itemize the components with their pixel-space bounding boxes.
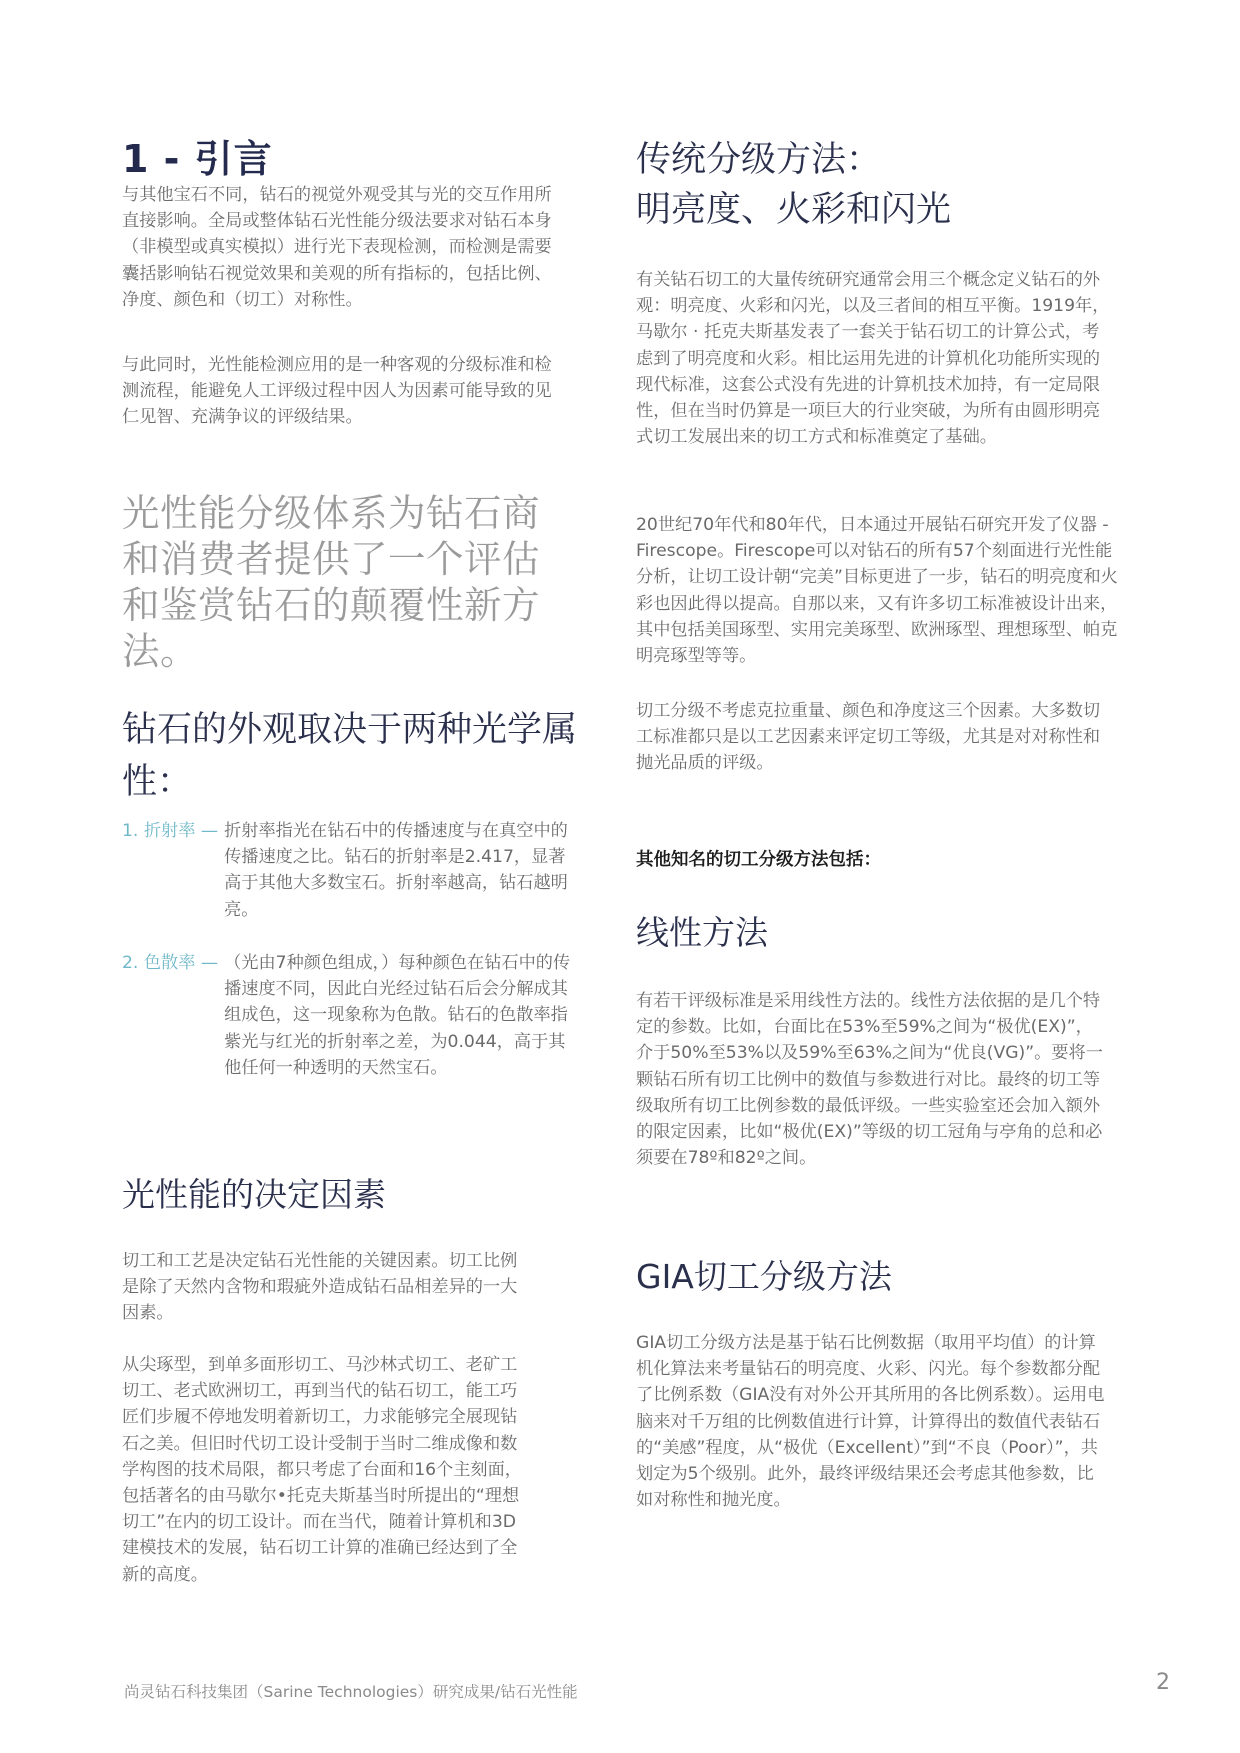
factors-paragraph-1: 切工和工艺是决定钻石光性能的关键因素。切工比例是除了天然内含物和瑕疵外造成钻石品…	[122, 1248, 522, 1327]
page-number: 2	[1156, 1670, 1170, 1695]
optics-item-refraction: 1. 折射率 — 折射率指光在钻石中的传播速度与在真空中的传播速度之比。钻石的折…	[122, 818, 577, 923]
linear-method-paragraph: 有若干评级标准是采用线性方法的。线性方法依据的是几个特定的参数。比如，台面比在5…	[636, 988, 1106, 1171]
traditional-paragraph-3: 切工分级不考虑克拉重量、颜色和净度这三个因素。大多数切工标准都只是以工艺因素来评…	[636, 698, 1116, 777]
intro-paragraph-1: 与其他宝石不同，钻石的视觉外观受其与光的交互作用所直接影响。全局或整体钻石光性能…	[122, 182, 567, 313]
intro-paragraph-2: 与此同时，光性能检测应用的是一种客观的分级标准和检测流程，能避免人工评级过程中因…	[122, 352, 567, 431]
gia-method-paragraph: GIA切工分级方法是基于钻石比例数据（取用平均值）的计算机化算法来考量钻石的明亮…	[636, 1330, 1106, 1513]
optics-heading: 钻石的外观取决于两种光学属性：	[122, 704, 577, 808]
pull-quote: 光性能分级体系为钻石商和消费者提供了一个评估和鉴赏钻石的颠覆性新方法。	[122, 490, 577, 674]
gia-method-heading: GIA切工分级方法	[636, 1252, 892, 1302]
other-methods-label: 其他知名的切工分级方法包括：	[636, 846, 881, 871]
item-label: 2. 色散率 —	[122, 950, 218, 1081]
linear-method-heading: 线性方法	[636, 908, 768, 958]
footer-text: 尚灵钻石科技集团（Sarine Technologies）研究成果/钻石光性能	[124, 1680, 578, 1702]
intro-heading: 1 - 引言	[122, 128, 273, 183]
traditional-paragraph-1: 有关钻石切工的大量传统研究通常会用三个概念定义钻石的外观：明亮度、火彩和闪光，以…	[636, 267, 1116, 450]
item-text: 折射率指光在钻石中的传播速度与在真空中的传播速度之比。钻石的折射率是2.417，…	[224, 818, 577, 923]
factors-heading: 光性能的决定因素	[122, 1170, 386, 1220]
traditional-heading-line-1: 传统分级方法：	[636, 134, 881, 186]
optics-item-dispersion: 2. 色散率 — （光由7种颜色组成，）每种颜色在钻石中的传播速度不同，因此白光…	[122, 950, 577, 1081]
traditional-heading-line-2: 明亮度、火彩和闪光	[636, 184, 951, 236]
item-label: 1. 折射率 —	[122, 818, 218, 923]
traditional-paragraph-2: 20世纪70年代和80年代，日本通过开展钻石研究开发了仪器 - Firescop…	[636, 512, 1122, 669]
item-text: （光由7种颜色组成，）每种颜色在钻石中的传播速度不同，因此白光经过钻石后会分解成…	[224, 950, 577, 1081]
factors-paragraph-2: 从尖琢型，到单多面形切工、马沙林式切工、老矿工切工、老式欧洲切工，再到当代的钻石…	[122, 1352, 522, 1588]
